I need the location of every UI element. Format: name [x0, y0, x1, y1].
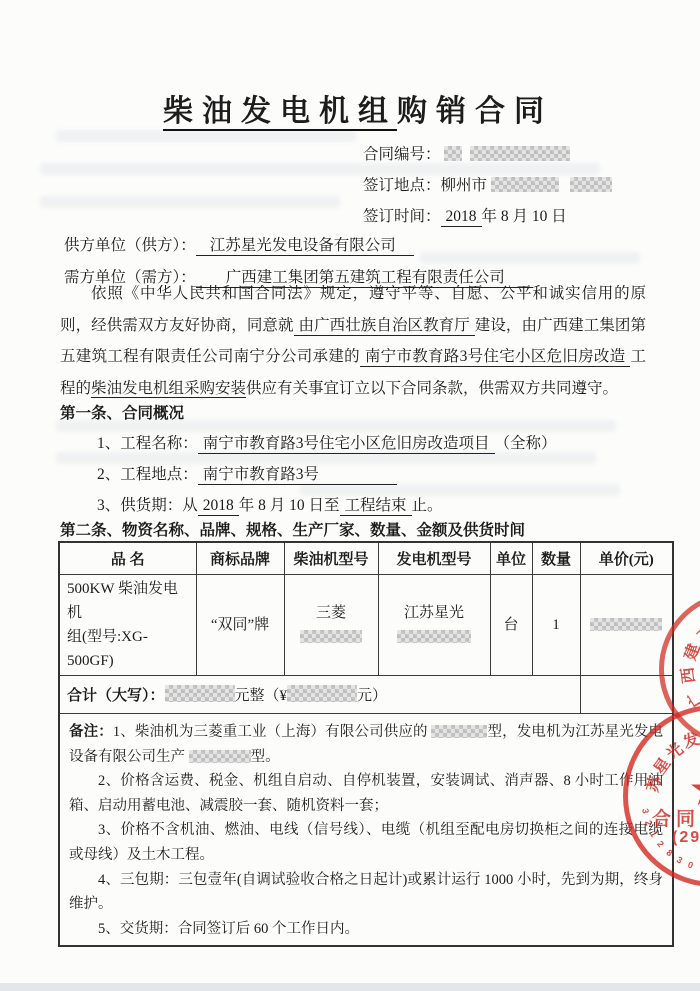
article-1: 第一条、合同概况 1、工程名称：南宁市教育路3号住宅小区危旧房改造项目（全称） … [60, 401, 557, 516]
col-diesel-model: 柴油机型号 [284, 542, 378, 575]
total-empty-cell [580, 676, 673, 714]
supplier-line: 供方单位（供方）：江苏星光发电设备有限公司 [64, 230, 533, 262]
total-cell: 合计（大写）：元整（¥元） [59, 676, 580, 714]
cell-unit-price [580, 575, 673, 676]
seal-serial-digit: 0 [686, 859, 694, 870]
remark-1: 备注：1、柴油机为三菱重工业（上海）有限公司供应的 型，发电机为江苏星光发电设备… [69, 720, 663, 769]
col-name: 品 名 [59, 542, 196, 575]
goods-row: 500KW 柴油发电机 组(型号:XG-500GF) “双同”牌 三菱 江苏星光… [59, 575, 673, 676]
sign-date-line: 签订时间：2018年 8 月 10 日 [363, 201, 612, 232]
supplier-label: 供方单位（供方）： [64, 237, 196, 254]
redacted-total-figure [287, 685, 357, 702]
cell-diesel-model: 三菱 [284, 575, 378, 676]
redacted-sign-place [491, 177, 559, 192]
supply-period-label: 3、供货期：从 [97, 497, 198, 514]
project-site-value: 南宁市教育路3号 [198, 466, 397, 485]
redacted-contract-number [470, 146, 570, 161]
supply-period-year: 2018 [198, 497, 239, 516]
cell-generator-model: 江苏星光 [378, 575, 490, 676]
seal-arc-char: 西 [675, 666, 700, 685]
sign-place-label: 签订地点： [363, 177, 441, 194]
title-underlined-part: 柴油发电机组 [163, 95, 397, 131]
cell-unit: 台 [490, 575, 532, 676]
article-2-heading: 第二条、物资名称、品牌、规格、生产厂家、数量、金额及供货时间 [60, 518, 525, 540]
redacted-total-words [165, 685, 235, 702]
project-site-label: 2、工程地点： [97, 466, 198, 483]
cell-qty: 1 [532, 575, 580, 676]
project-name-label: 1、工程名称： [97, 435, 198, 452]
seal-star-icon: ★ [688, 762, 700, 816]
redacted-model-2 [189, 750, 251, 763]
contract-number-line: 合同编号： [363, 139, 612, 170]
seal-arc-char: 广 [681, 687, 700, 713]
supply-period-mid: 年 8 月 10 日至 [239, 497, 340, 514]
remark-2: 2、价格含运费、税金、机组自启动、自停机装置，安装调试、消声器、8 小时工作用油… [69, 769, 663, 818]
project-name-value: 南宁市教育路3号住宅小区危旧房改造项目 [198, 435, 495, 454]
preamble-text: 供应有关事宜订立以下合同条款，供需双方共同遵守。 [246, 380, 618, 397]
sign-date-suffix: 年 8 月 10 日 [482, 208, 567, 225]
project-site-line: 2、工程地点：南宁市教育路3号 [97, 464, 557, 485]
remark-3: 3、价格不含机油、燃油、电线（信号线）、电缆（机组至配电房切换柜之间的连接电缆或… [69, 818, 663, 867]
redacted-sign-place [570, 177, 612, 192]
sign-date-label: 签订时间： [363, 208, 441, 225]
title-rest-part: 购销合同 [397, 95, 553, 128]
col-unit: 单位 [490, 542, 532, 575]
scan-edge-strip [0, 983, 700, 991]
supply-period-end: 工程结束 [340, 497, 412, 516]
total-suffix-text: 元） [357, 688, 387, 704]
redacted-contract-number [444, 146, 462, 161]
seal-serial-digit: 3 [675, 854, 684, 865]
total-row: 合计（大写）：元整（¥元） [59, 676, 673, 714]
table-header-row: 品 名 商标品牌 柴油机型号 发电机型号 单位 数量 单价(元) [59, 542, 673, 575]
seal-code-text: (29 [672, 829, 700, 847]
contract-document-page: 柴油发电机组购销合同 合同编号： 签订地点：柳州市 签订时间：2018年 8 月… [0, 0, 700, 991]
sign-date-year: 2018 [441, 208, 482, 227]
bleed-through-smudge [40, 196, 340, 208]
remark-5: 5、交货期：合同签订后 60 个工作日内。 [69, 917, 663, 942]
project-name-underlined: 南宁市教育路3号住宅小区危旧房改造 [360, 348, 631, 367]
col-unit-price: 单价(元) [580, 542, 673, 575]
seal-arc-char: 建 [677, 640, 700, 663]
remarks-cell: 备注：1、柴油机为三菱重工业（上海）有限公司供应的 型，发电机为江苏星光发电设备… [59, 714, 673, 947]
contract-number-label: 合同编号： [363, 146, 441, 163]
subject-underlined: 柴油发电机组采购安装 [91, 380, 246, 398]
goods-table: 品 名 商标品牌 柴油机型号 发电机型号 单位 数量 单价(元) 500KW 柴… [58, 541, 674, 947]
total-mid-text: 元整（¥ [235, 688, 288, 704]
project-name-suffix: （全称） [495, 435, 557, 452]
col-qty: 数量 [532, 542, 580, 575]
total-label: 合计（大写）： [67, 688, 165, 704]
remarks-row: 备注：1、柴油机为三菱重工业（上海）有限公司供应的 型，发电机为江苏星光发电设备… [59, 714, 673, 947]
redacted-unit-price [590, 618, 662, 631]
project-name-line: 1、工程名称：南宁市教育路3号住宅小区危旧房改造项目（全称） [97, 433, 557, 454]
cell-brand: “双同”牌 [196, 575, 284, 676]
redacted-diesel-model [300, 630, 362, 643]
supply-period-line: 3、供货期：从2018年 8 月 10 日至工程结束止。 [97, 495, 557, 516]
supplier-name: 江苏星光发电设备有限公司 [196, 237, 414, 256]
seal-arc-char: 发 [680, 726, 700, 753]
article-1-heading: 第一条、合同概况 [60, 401, 557, 423]
seal-arc-char: 工 [690, 619, 700, 647]
sign-place-city: 柳州市 [441, 177, 488, 194]
col-brand: 商标品牌 [196, 542, 284, 575]
redacted-generator-model [397, 630, 471, 643]
preamble-paragraph: 依照《中华人民共和国合同法》规定，遵守平等、自愿、公平和诚实信用的原则，经供需双… [60, 278, 646, 404]
remark-4: 4、三包期：三包壹年(自调试验收合格之日起计)或累计运行 1000 小时，先到为… [69, 868, 663, 917]
sign-place-line: 签订地点：柳州市 [363, 170, 612, 201]
contract-meta-block: 合同编号： 签订地点：柳州市 签订时间：2018年 8 月 10 日 [363, 139, 612, 232]
supply-period-suffix: 止。 [412, 497, 443, 514]
col-generator-model: 发电机型号 [378, 542, 490, 575]
builder-name-underlined: 由广西壮族自治区教育厅 [294, 317, 475, 336]
redacted-model-1 [431, 725, 487, 738]
contract-title: 柴油发电机组购销合同 [8, 86, 700, 130]
cell-name: 500KW 柴油发电机 组(型号:XG-500GF) [59, 575, 196, 676]
bleed-through-smudge [56, 130, 356, 142]
